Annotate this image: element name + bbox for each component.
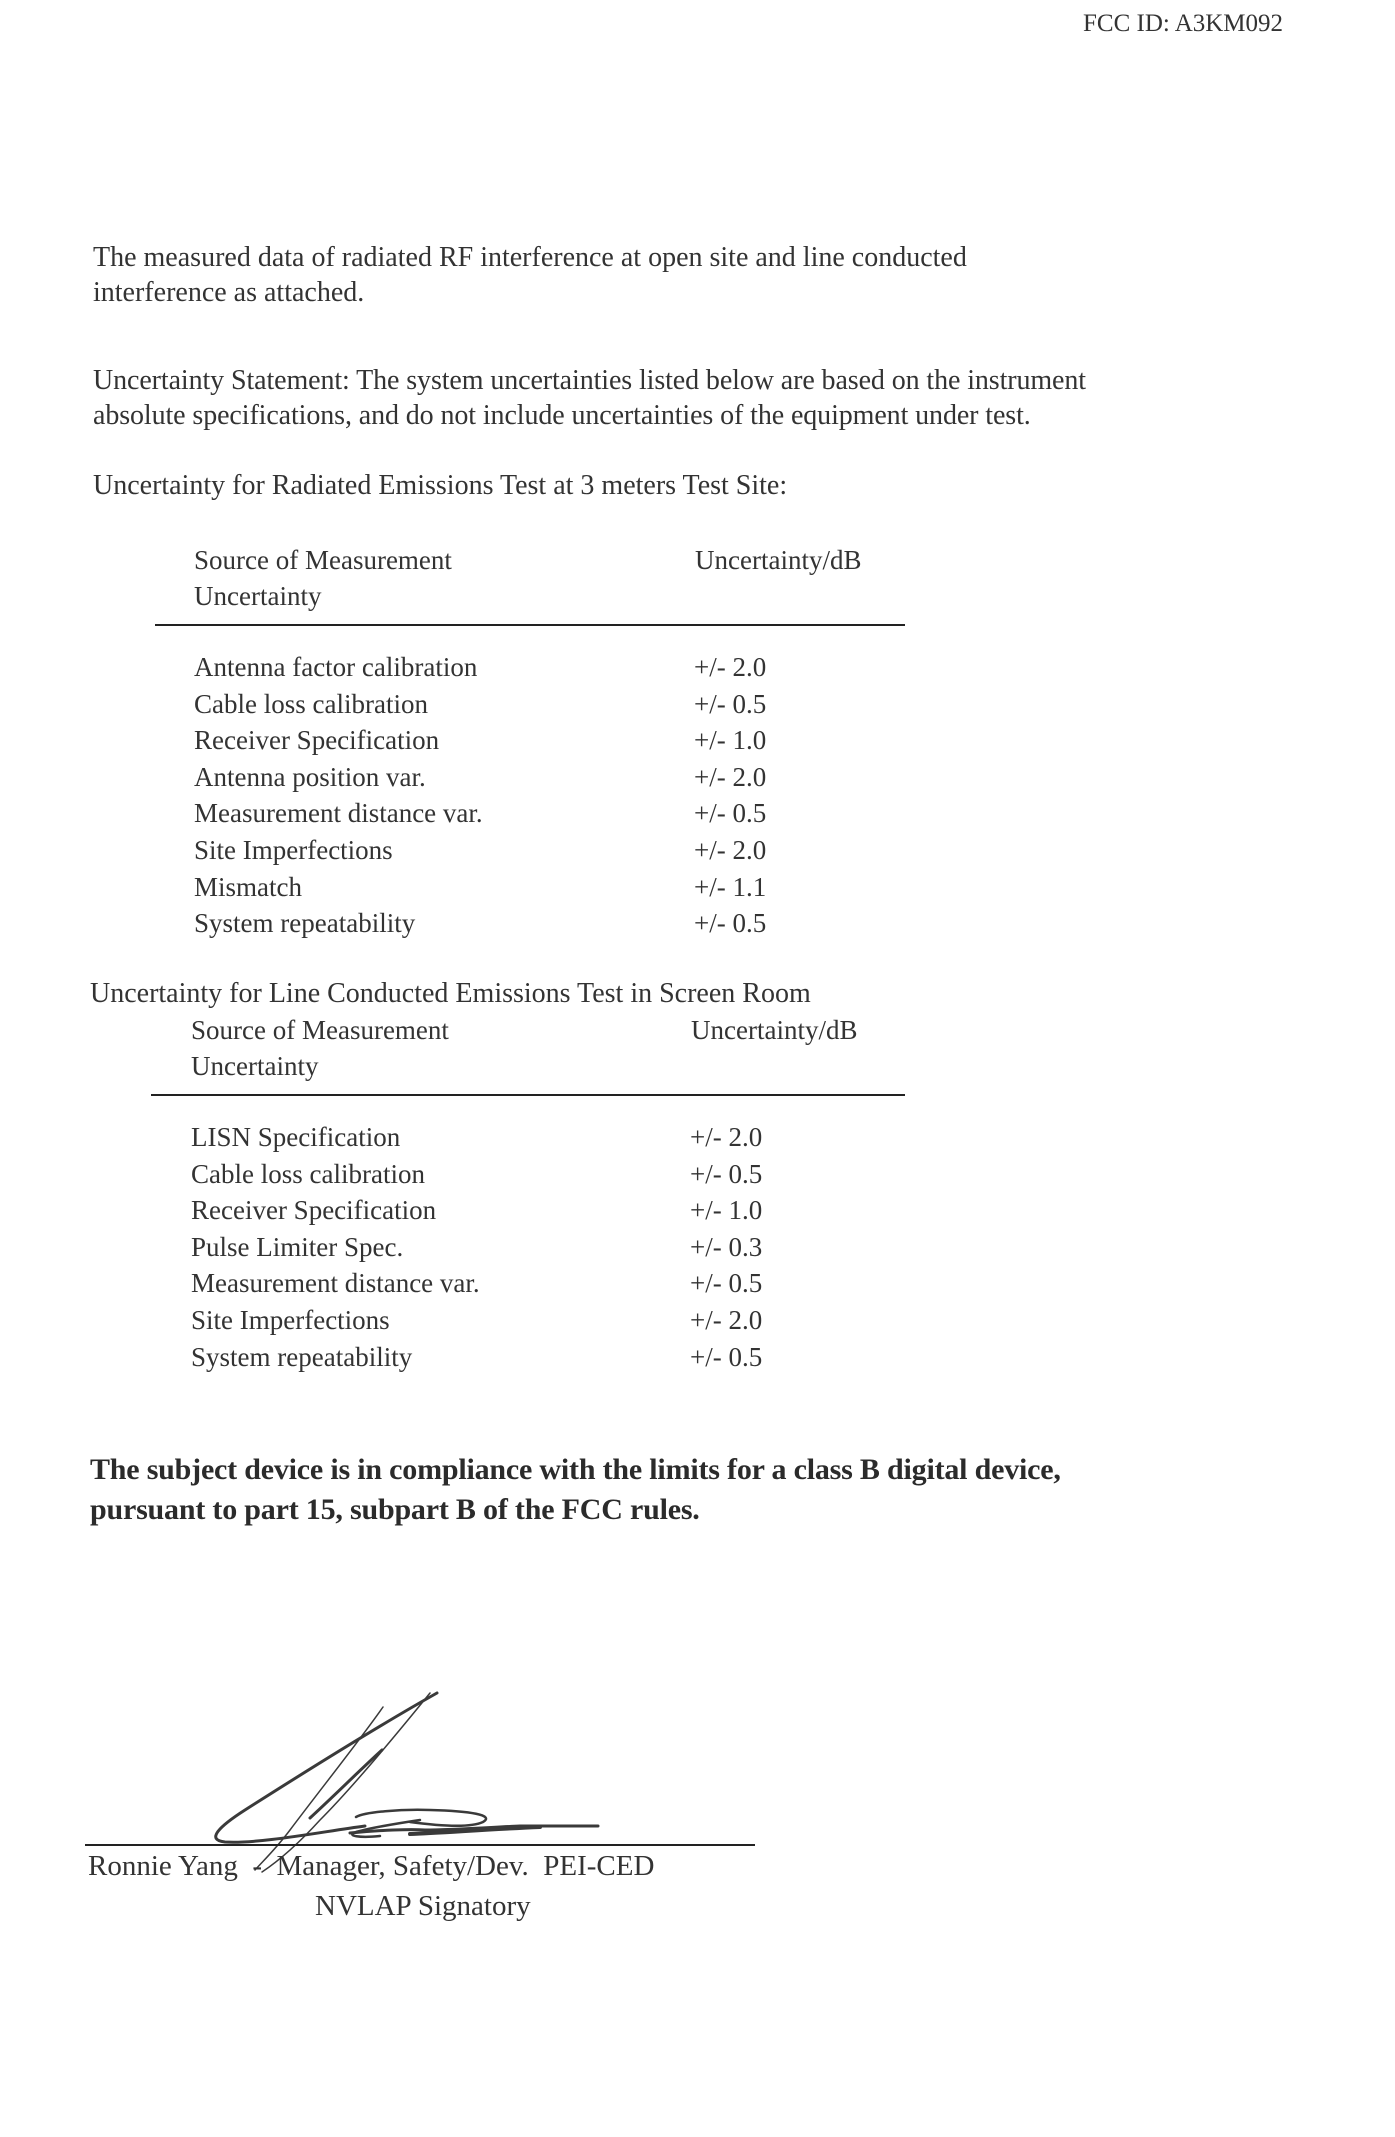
compliance-line-2: pursuant to part 15, subpart B of the FC… bbox=[90, 1490, 1061, 1530]
header-source-line-1: Source of Measurement bbox=[194, 542, 452, 578]
radiated-table-header: Source of Measurement Uncertainty Uncert… bbox=[194, 542, 904, 614]
row-source: LISN Specification bbox=[191, 1122, 400, 1153]
row-value: +/- 1.0 bbox=[694, 725, 766, 756]
compliance-statement: The subject device is in compliance with… bbox=[90, 1450, 1061, 1530]
row-value: +/- 2.0 bbox=[694, 652, 766, 683]
radiated-header-source: Source of Measurement Uncertainty bbox=[194, 542, 452, 614]
statement-line-1: Uncertainty Statement: The system uncert… bbox=[93, 363, 1086, 398]
row-value: +/- 2.0 bbox=[690, 1122, 762, 1153]
row-value: +/- 0.5 bbox=[694, 798, 766, 829]
row-source: Cable loss calibration bbox=[194, 689, 428, 720]
row-source: Receiver Specification bbox=[194, 725, 439, 756]
row-source: Cable loss calibration bbox=[191, 1159, 425, 1190]
statement-line-2: absolute specifications, and do not incl… bbox=[93, 398, 1086, 433]
row-source: Site Imperfections bbox=[194, 835, 393, 866]
radiated-header-value: Uncertainty/dB bbox=[695, 542, 861, 578]
conducted-header-value: Uncertainty/dB bbox=[691, 1012, 857, 1048]
row-value: +/- 2.0 bbox=[694, 762, 766, 793]
header-source-line-2: Uncertainty bbox=[194, 578, 452, 614]
row-value: +/- 1.0 bbox=[690, 1195, 762, 1226]
row-value: +/- 2.0 bbox=[690, 1305, 762, 1336]
row-source: Antenna position var. bbox=[194, 762, 426, 793]
row-value: +/- 0.5 bbox=[694, 689, 766, 720]
radiated-section-title: Uncertainty for Radiated Emissions Test … bbox=[93, 470, 787, 502]
row-source: System repeatability bbox=[194, 908, 415, 939]
uncertainty-statement: Uncertainty Statement: The system uncert… bbox=[93, 363, 1086, 433]
fcc-id: FCC ID: A3KM092 bbox=[1083, 10, 1283, 38]
row-source: Measurement distance var. bbox=[191, 1268, 480, 1299]
conducted-table-rule bbox=[151, 1094, 905, 1096]
row-source: Antenna factor calibration bbox=[194, 652, 477, 683]
row-source: Site Imperfections bbox=[191, 1305, 390, 1336]
header-source-line-1: Source of Measurement bbox=[191, 1012, 449, 1048]
row-source: Mismatch bbox=[194, 872, 302, 903]
row-value: +/- 0.5 bbox=[690, 1268, 762, 1299]
conducted-header-source: Source of Measurement Uncertainty bbox=[191, 1012, 449, 1084]
row-source: System repeatability bbox=[191, 1342, 412, 1373]
radiated-table-rule bbox=[155, 624, 905, 626]
signature-line bbox=[85, 1844, 755, 1846]
row-value: +/- 1.1 bbox=[694, 872, 766, 903]
header-source-line-2: Uncertainty bbox=[191, 1048, 449, 1084]
conducted-section-title: Uncertainty for Line Conducted Emissions… bbox=[90, 978, 811, 1010]
row-source: Measurement distance var. bbox=[194, 798, 483, 829]
row-value: +/- 0.3 bbox=[690, 1232, 762, 1263]
signer-name-title: Ronnie Yang - Manager, Safety/Dev. PEI-C… bbox=[88, 1850, 654, 1883]
row-value: +/- 2.0 bbox=[694, 835, 766, 866]
row-value: +/- 0.5 bbox=[690, 1159, 762, 1190]
compliance-line-1: The subject device is in compliance with… bbox=[90, 1450, 1061, 1490]
row-source: Pulse Limiter Spec. bbox=[191, 1232, 403, 1263]
conducted-table-header: Source of Measurement Uncertainty Uncert… bbox=[191, 1012, 905, 1084]
row-value: +/- 0.5 bbox=[690, 1342, 762, 1373]
intro-paragraph: The measured data of radiated RF interfe… bbox=[93, 240, 967, 310]
intro-line-1: The measured data of radiated RF interfe… bbox=[93, 240, 967, 275]
row-value: +/- 0.5 bbox=[694, 908, 766, 939]
row-source: Receiver Specification bbox=[191, 1195, 436, 1226]
intro-line-2: interference as attached. bbox=[93, 275, 967, 310]
signer-role: NVLAP Signatory bbox=[315, 1890, 531, 1923]
